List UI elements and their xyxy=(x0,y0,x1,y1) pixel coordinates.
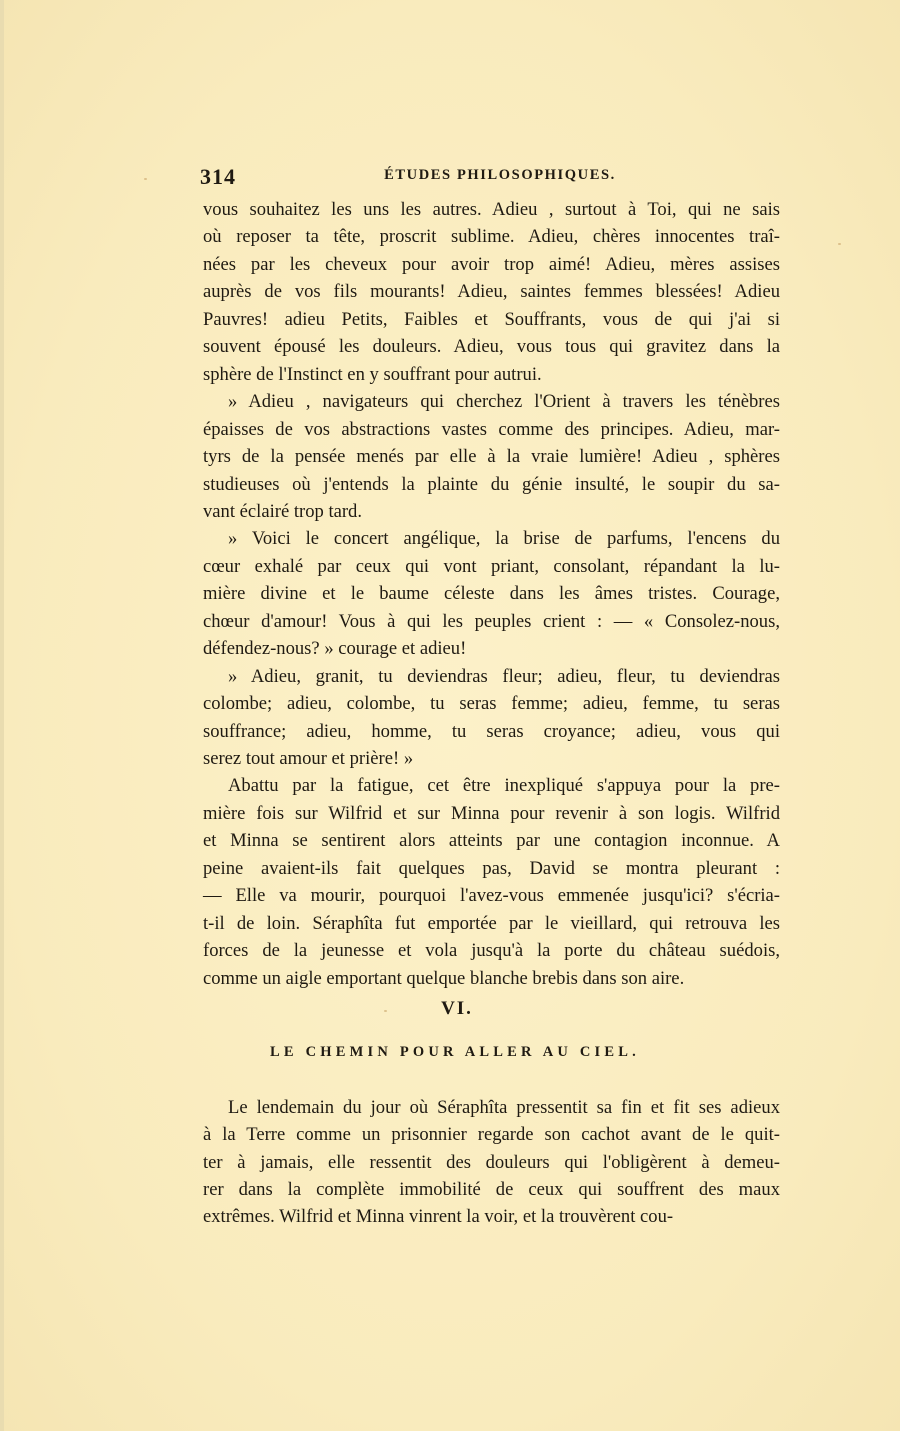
text-line: comme un aigle emportant quelque blanche… xyxy=(203,965,780,992)
paper-speck xyxy=(838,243,841,245)
text-line: souffrance; adieu, homme, tu seras croya… xyxy=(203,718,780,745)
text-line: forces de la jeunesse et vola jusqu'à la… xyxy=(203,937,780,964)
text-line: » Adieu, granit, tu deviendras fleur; ad… xyxy=(228,663,780,690)
section-number: VI. xyxy=(0,998,900,1020)
text-line: vous souhaitez les uns les autres. Adieu… xyxy=(203,196,780,223)
text-line: Abattu par la fatigue, cet être inexpliq… xyxy=(228,772,780,799)
page-edge xyxy=(0,0,4,1431)
text-line: épaisses de vos abstractions vastes comm… xyxy=(203,416,780,443)
text-line: nées par les cheveux pour avoir trop aim… xyxy=(203,251,780,278)
text-line: cœur exhalé par ceux qui vont priant, co… xyxy=(203,553,780,580)
text-line: rer dans la complète immobilité de ceux … xyxy=(203,1176,780,1203)
text-line: extrêmes. Wilfrid et Minna vinrent la vo… xyxy=(203,1203,780,1230)
text-line: studieuses où j'entends la plainte du gé… xyxy=(203,471,780,498)
text-line: chœur d'amour! Vous à qui les peuples cr… xyxy=(203,608,780,635)
text-line: — Elle va mourir, pourquoi l'avez-vous e… xyxy=(203,882,780,909)
text-line: peine avaient-ils fait quelques pas, Dav… xyxy=(203,855,780,882)
text-line: » Adieu , navigateurs qui cherchez l'Ori… xyxy=(228,388,780,415)
text-line: vant éclairé trop tard. xyxy=(203,498,780,525)
text-line: où reposer ta tête, proscrit sublime. Ad… xyxy=(203,223,780,250)
text-line: mière divine et le baume céleste dans le… xyxy=(203,580,780,607)
scanned-book-page: 314 ÉTUDES PHILOSOPHIQUES. vous souhaite… xyxy=(0,0,900,1431)
text-line: colombe; adieu, colombe, tu seras femme;… xyxy=(203,690,780,717)
section-title: LE CHEMIN POUR ALLER AU CIEL. xyxy=(0,1044,900,1061)
text-line: auprès de vos fils mourants! Adieu, sain… xyxy=(203,278,780,305)
page-header: 314 ÉTUDES PHILOSOPHIQUES. xyxy=(200,164,780,192)
text-line: Pauvres! adieu Petits, Faibles et Souffr… xyxy=(203,306,780,333)
text-line: et Minna se sentirent alors atteints par… xyxy=(203,827,780,854)
text-line: sphère de l'Instinct en y souffrant pour… xyxy=(203,361,780,388)
text-line: souvent épousé les douleurs. Adieu, vous… xyxy=(203,333,780,360)
paper-speck xyxy=(144,178,147,180)
text-line: Le lendemain du jour où Séraphîta presse… xyxy=(228,1094,780,1121)
text-line: défendez-nous? » courage et adieu! xyxy=(203,635,780,662)
text-line: » Voici le concert angélique, la brise d… xyxy=(228,525,780,552)
text-line: ter à jamais, elle ressentit des douleur… xyxy=(203,1149,780,1176)
text-line: t-il de loin. Séraphîta fut emportée par… xyxy=(203,910,780,937)
text-line: mière fois sur Wilfrid et sur Minna pour… xyxy=(203,800,780,827)
running-title: ÉTUDES PHILOSOPHIQUES. xyxy=(200,167,780,184)
text-line: à la Terre comme un prisonnier regarde s… xyxy=(203,1121,780,1148)
text-line: tyrs de la pensée menés par elle à la vr… xyxy=(203,443,780,470)
paper-speck xyxy=(384,1010,387,1012)
text-line: serez tout amour et prière! » xyxy=(203,745,780,772)
